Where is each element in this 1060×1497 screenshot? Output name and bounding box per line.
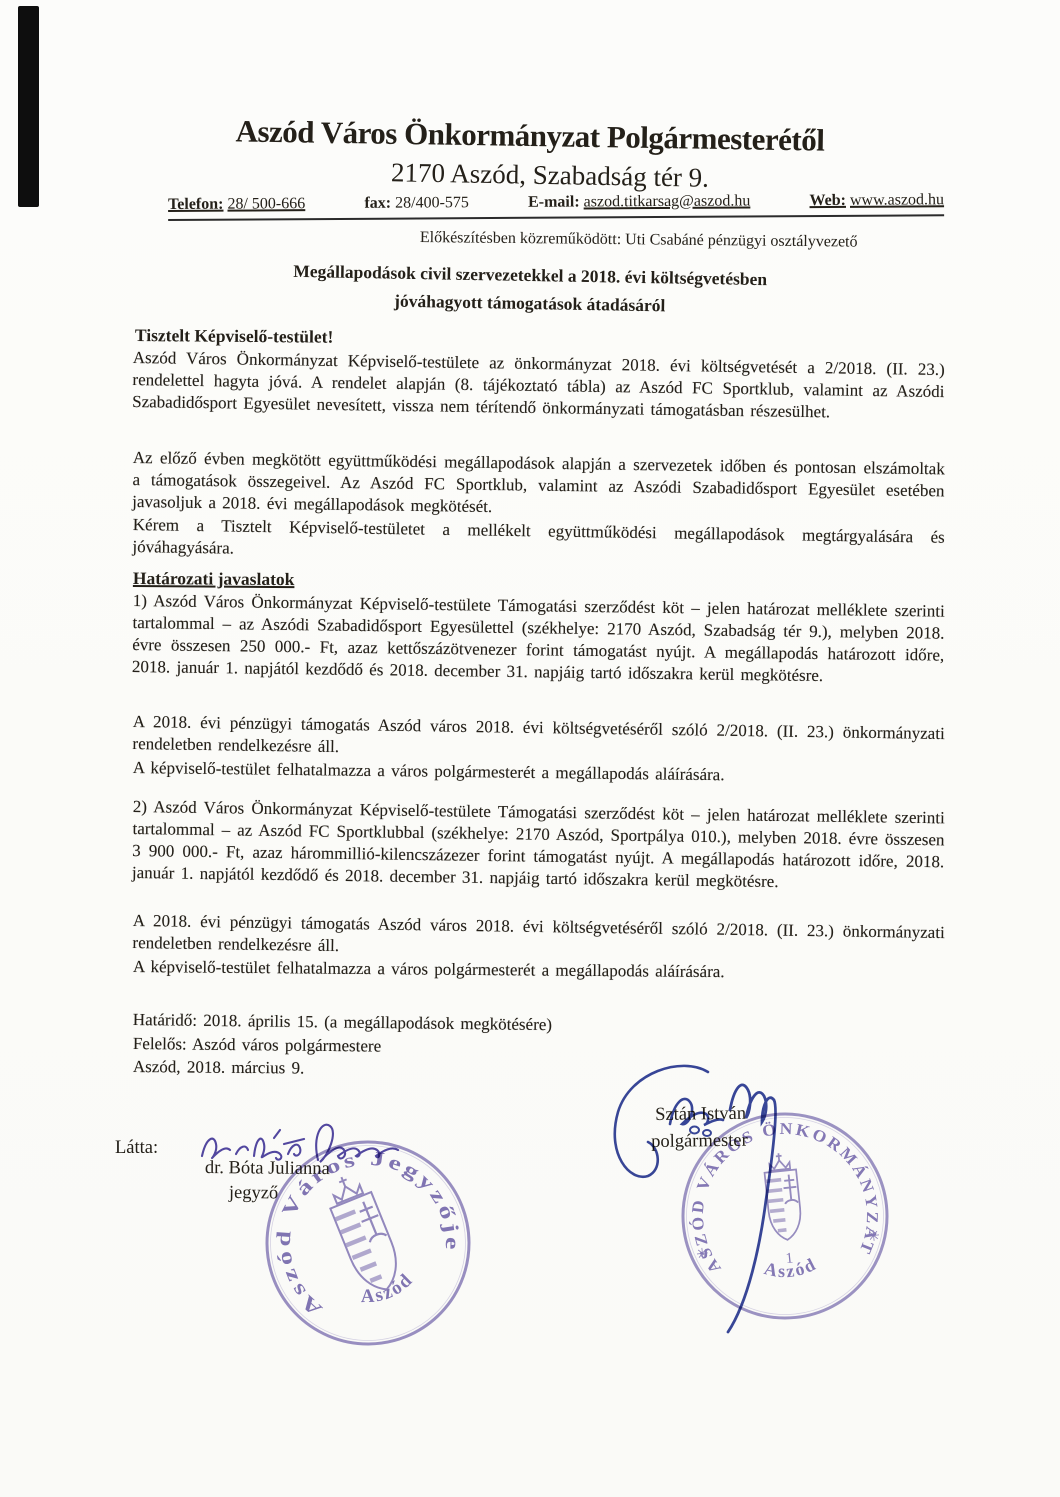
- web-value: www.aszod.hu: [850, 191, 944, 209]
- notary-signature: [190, 1112, 420, 1182]
- proposal-2-main: 2) Aszód Város Önkormányzat Képviselő-te…: [132, 796, 945, 895]
- phone-value: 28/ 500-666: [227, 195, 305, 212]
- mayor-signature: [590, 1050, 820, 1350]
- paragraph-budget-approval: Aszód Város Önkormányzat Képviselő-testü…: [132, 347, 945, 425]
- phone-field: Telefon: 28/ 500-666: [168, 195, 305, 214]
- fax-field: fax: 28/400-575: [364, 194, 469, 213]
- prepared-by-note: Előkészítésben közreműködött: Uti Csabán…: [420, 229, 940, 252]
- web-field: Web: www.aszod.hu: [809, 191, 944, 210]
- coat-of-arms-icon: [321, 1169, 407, 1298]
- salutation: Tisztelt Képviselő-testület!: [135, 325, 334, 348]
- fax-value: 28/400-575: [395, 194, 469, 211]
- stamp-star-icon: ✳: [867, 1228, 881, 1245]
- proposal-1-main: 1) Aszód Város Önkormányzat Képviselő-te…: [132, 590, 945, 689]
- seen-label: Látta:: [115, 1138, 158, 1159]
- web-label: Web:: [809, 192, 846, 209]
- proposals-heading: Határozati javaslatok: [133, 568, 295, 590]
- subject-block: Megállapodások civil szervezetekkel a 20…: [0, 252, 1060, 326]
- fax-label: fax:: [364, 195, 391, 212]
- phone-label: Telefon:: [168, 196, 224, 213]
- contact-line: Telefon: 28/ 500-666 fax: 28/400-575 E-m…: [168, 191, 944, 221]
- email-field: E-mail: aszod.titkarsag@aszod.hu: [528, 192, 750, 211]
- email-label: E-mail:: [528, 193, 580, 210]
- scanned-letter-page: Aszód Város Önkormányzat Polgármesterétő…: [0, 0, 1060, 1497]
- paragraph-previous-year: Az előző évben megkötött együttműködési …: [132, 447, 945, 524]
- email-value: aszod.titkarsag@aszod.hu: [584, 192, 751, 210]
